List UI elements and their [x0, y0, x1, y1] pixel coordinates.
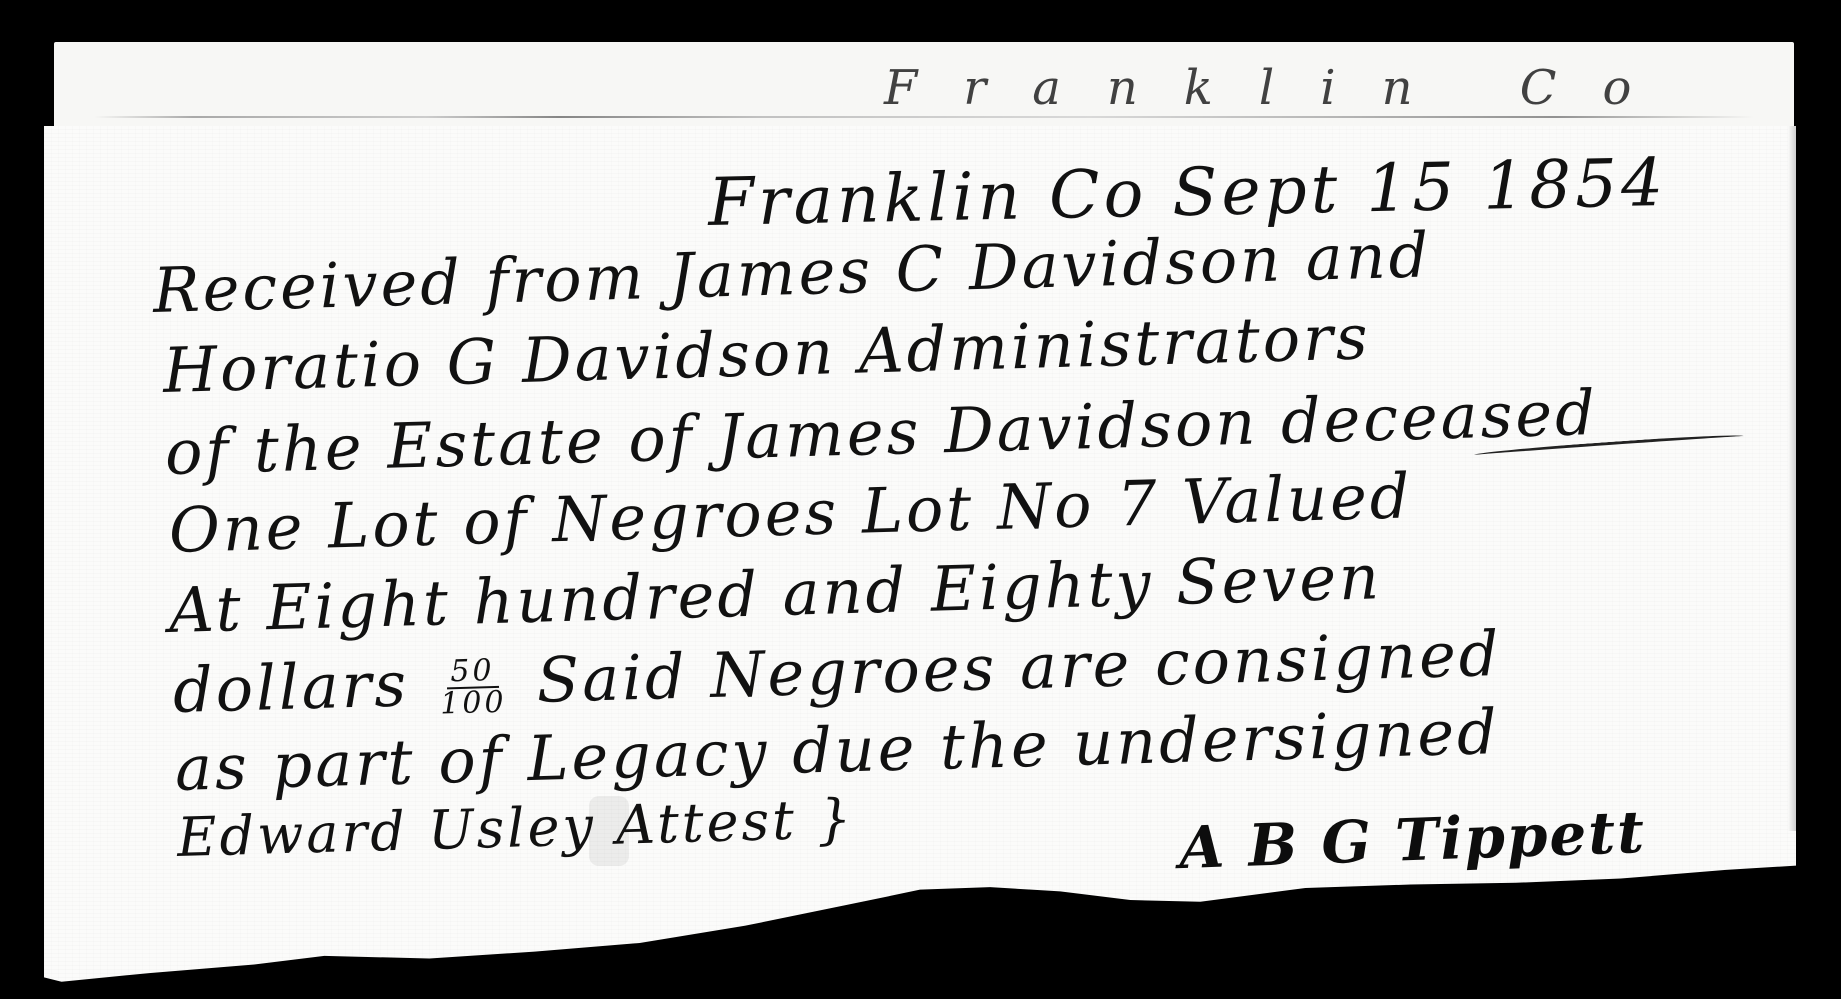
document-scan: Franklin Co Franklin Co Sept 15 1854 Rec…	[0, 0, 1841, 999]
receipt-paper: Franklin Co Sept 15 1854 Received from J…	[44, 126, 1796, 986]
amount-dollars-label: dollars	[172, 647, 410, 727]
signature-flourish	[1464, 883, 1624, 892]
amount-cents-fraction: 50 100	[439, 656, 507, 720]
back-sheet-handwriting: Franklin Co	[884, 60, 1677, 116]
back-sheet-fold-line	[94, 116, 1754, 118]
paper-edge-shadow	[1788, 126, 1796, 831]
cents-denominator: 100	[440, 688, 507, 720]
signature: A B G Tippett	[1178, 798, 1647, 882]
